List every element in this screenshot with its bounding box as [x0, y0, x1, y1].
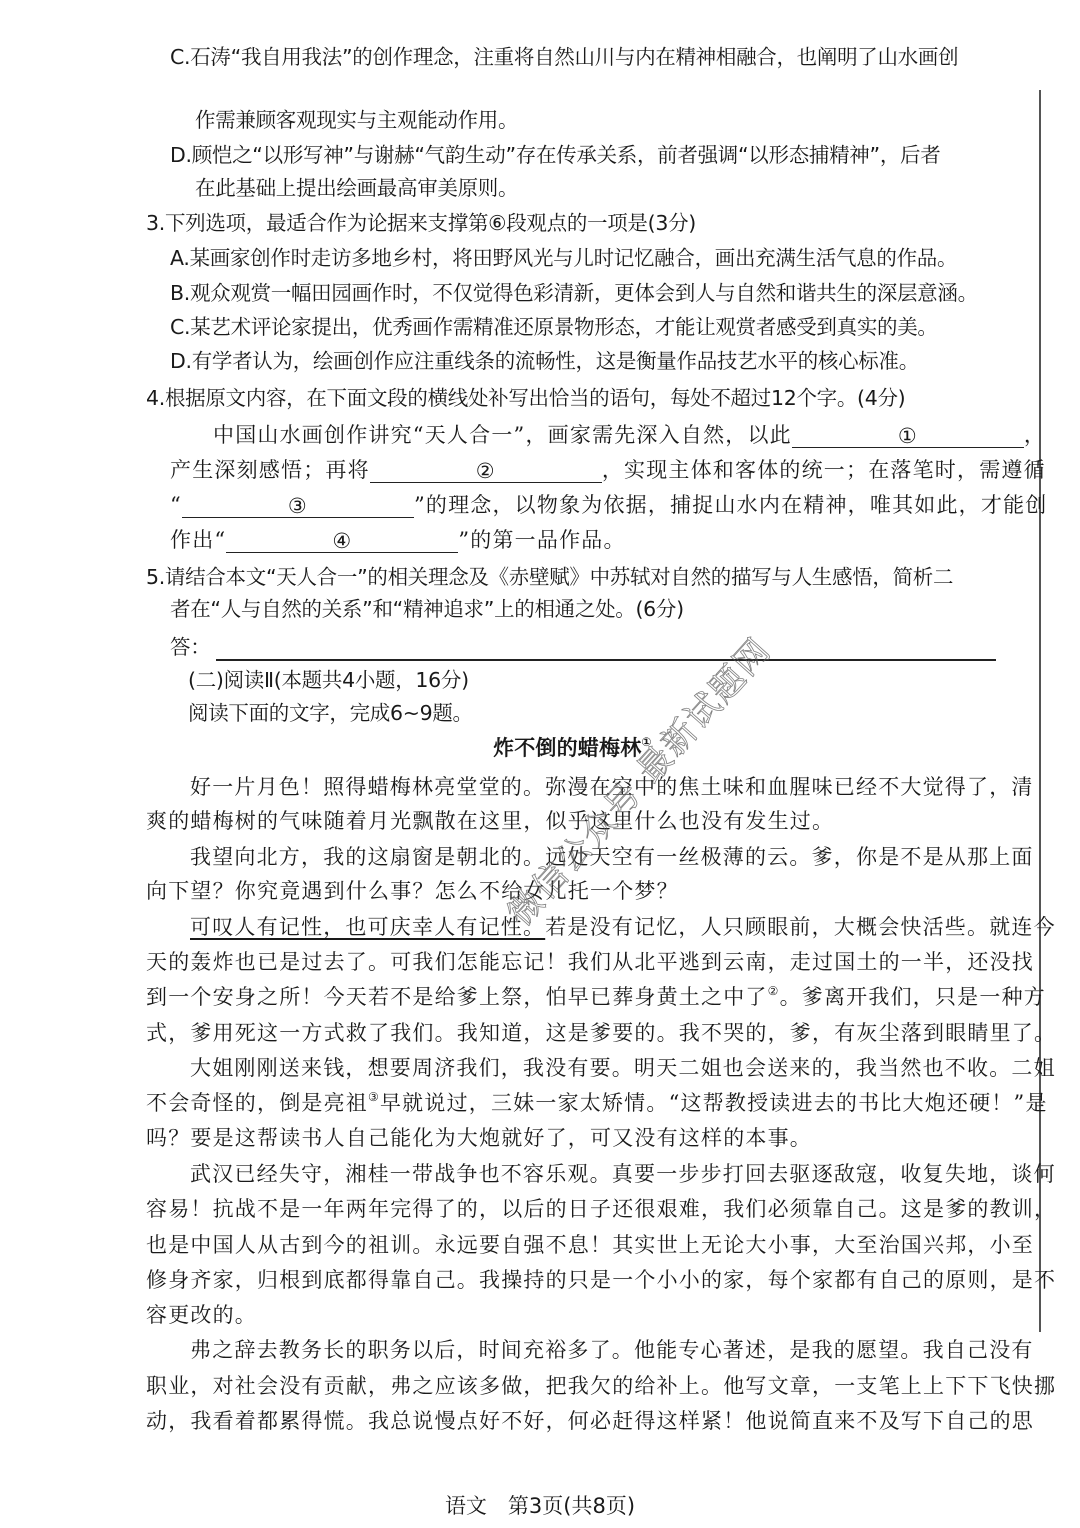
story-text: 到一个安身之所！今天若不是给爹上祭，怕早已葬身黄土之中了 [146, 985, 768, 1009]
story-line: 天的轰炸也已是过去了。可我们怎能忘记！我们从北平逃到云南，走过国土的一半，还没找 [146, 949, 1034, 975]
q5-answer-label: 答： [170, 634, 210, 660]
story-line: 修身齐家，归根到底都得靠自己。我操持的只是一个小小的家，每个家都有自己的原则，是… [146, 1267, 1056, 1293]
q4-text: ， [1024, 423, 1046, 447]
q5-answer-field[interactable] [216, 659, 996, 661]
q5-stem-line2: 者在“人与自然的关系”和“精神追求”上的相通之处。(6分) [170, 596, 684, 622]
q4-blank-1[interactable]: ① [792, 423, 1024, 448]
story-line: 动，我看着都累得慌。我总说慢点好不好，何必赶得这样紧！他说简直来不及写下自己的思 [146, 1408, 1034, 1434]
story-line: 到一个安身之所！今天若不是给爹上祭，怕早已葬身黄土之中了②。爹离开我们，只是一种… [146, 984, 1046, 1010]
q3-option-c: C.某艺术评论家提出，优秀画作需精准还原景物形态，才能让观赏者感受到真实的美。 [170, 314, 938, 340]
margin-rule [1039, 90, 1041, 1332]
story-line: 吗？要是这帮读书人自己能化为大炮就好了，可又没有这样的本事。 [146, 1125, 812, 1151]
q4-stem: 4.根据原文内容，在下面文段的横线处补写出恰当的语句，每处不超过12个字。(4分… [146, 385, 905, 411]
story-line: 容更改的。 [146, 1302, 257, 1328]
q4-text: ”的理念，以物象为依据，捕捉山水内在精神，唯其如此，才能创 [414, 493, 1048, 517]
q4-text: 作出“ [170, 528, 226, 552]
q4-blank-3[interactable]: ③ [182, 493, 414, 518]
story-line: 容易！抗战不是一年两年完得了的，以后的日子还很艰难，我们必须靠自己。这是爹的教训… [146, 1196, 1056, 1222]
story-text: 不会奇怪的，倒是亮祖 [146, 1091, 368, 1115]
underlined-sentence: 可叹人有记性，也可庆幸人有记性。 [190, 915, 545, 939]
story-line: 式，爹用死这一方式救了我们。我知道，这是爹要的。我不哭的，爹，有灰尘落到眼睛里了… [146, 1020, 1056, 1046]
q4-text: ”的第一品作品。 [458, 528, 625, 552]
q4-passage-line2: 产生深刻感悟；再将②，实现主体和客体的统一；在落笔时，需遵循 [170, 457, 1046, 483]
section-header: (二)阅读Ⅱ(本题共4小题，16分) [188, 667, 469, 693]
page-footer: 语文 第3页(共8页) [0, 1490, 1080, 1520]
q2-option-c-line1: C.石涛“我自用我法”的创作理念，注重将自然山川与内在精神相融合，也阐明了山水画… [170, 44, 958, 70]
story-text: 若是没有记忆，人只顾眼前，大概会快活些。就连今 [545, 915, 1056, 939]
story-line: 不会奇怪的，倒是亮祖③早就说过，三妹一家太矫情。“这帮教授读进去的书比大炮还硬！… [146, 1090, 1048, 1116]
q5-stem-line1: 5.请结合本文“天人合一”的相关理念及《赤壁赋》中苏轼对自然的描写与人生感悟，简… [146, 564, 953, 590]
footnote-marker: ③ [368, 1090, 380, 1104]
story-title-text: 炸不倒的蜡梅林 [493, 736, 641, 760]
story-text: 早就说过，三妹一家太矫情。“这帮教授读进去的书比大炮还硬！”是 [380, 1091, 1048, 1115]
q4-passage-line1: 中国山水画创作讲究“天人合一”，画家需先深入自然，以此①， [213, 422, 1046, 448]
q3-stem: 3.下列选项，最适合作为论据来支撑第⑥段观点的一项是(3分) [146, 210, 696, 236]
story-line: 职业，对社会没有贡献，弗之应该多做，把我欠的给补上。他写文章，一支笔上上下下飞快… [146, 1373, 1056, 1399]
story-text: 。爹离开我们，只是一种方 [780, 985, 1046, 1009]
q4-blank-2[interactable]: ② [370, 458, 602, 483]
story-line: 向下望？你究竟遇到什么事？怎么不给女儿托一个梦？ [146, 878, 679, 904]
q4-passage-line3: “③”的理念，以物象为依据，捕捉山水内在精神，唯其如此，才能创 [170, 492, 1047, 518]
story-line: 我望向北方，我的这扇窗是朝北的。远处天空有一丝极薄的云。爹，你是不是从那上面 [190, 844, 1034, 870]
q2-option-c-line2: 作需兼顾客观现实与主观能动作用。 [195, 107, 518, 133]
q4-text: 产生深刻感悟；再将 [170, 458, 370, 482]
q4-text: “ [170, 493, 182, 517]
q4-text: 中国山水画创作讲究“天人合一”，画家需先深入自然，以此 [213, 423, 792, 447]
q4-blank-4[interactable]: ④ [226, 528, 458, 553]
q3-option-d: D.有学者认为，绘画创作应注重线条的流畅性，这是衡量作品技艺水平的核心标准。 [170, 348, 919, 374]
q3-option-a: A.某画家创作时走访多地乡村，将田野风光与儿时记忆融合，画出充满生活气息的作品。 [170, 245, 957, 271]
q3-option-b: B.观众观赏一幅田园画作时，不仅觉得色彩清新，更体会到人与自然和谐共生的深层意涵… [170, 280, 978, 306]
story-line: 可叹人有记性，也可庆幸人有记性。若是没有记忆，人只顾眼前，大概会快活些。就连今 [190, 914, 1056, 940]
story-line: 也是中国人从古到今的祖训。永远要自强不息！其实世上无论大小事，大至治国兴邦，小至 [146, 1232, 1034, 1258]
q4-passage-line4: 作出“④”的第一品作品。 [170, 527, 626, 553]
footnote-marker: ② [768, 984, 780, 998]
q2-option-d-line2: 在此基础上提出绘画最高审美原则。 [195, 175, 518, 201]
story-line: 弗之辞去教务长的职务以后，时间充裕多了。他能专心著述，是我的愿望。我自己没有 [190, 1337, 1034, 1363]
story-line: 爽的蜡梅树的气味随着月光飘散在这里，似乎这里什么也没有发生过。 [146, 808, 834, 834]
section-instruction: 阅读下面的文字，完成6~9题。 [188, 700, 473, 726]
q2-option-d-line1: D.顾恺之“以形写神”与谢赫“气韵生动”存在传承关系，前者强调“以形态捕精神”，… [170, 142, 940, 168]
q4-text: ，实现主体和客体的统一；在落笔时，需遵循 [602, 458, 1046, 482]
story-line: 武汉已经失守，湘桂一带战争也不容乐观。真要一步步打回去驱逐敌寇，收复失地，谈何 [190, 1161, 1056, 1187]
story-line: 大姐刚刚送来钱，想要周济我们，我没有要。明天二姐也会送来的，我当然也不收。二姐 [190, 1055, 1056, 1081]
